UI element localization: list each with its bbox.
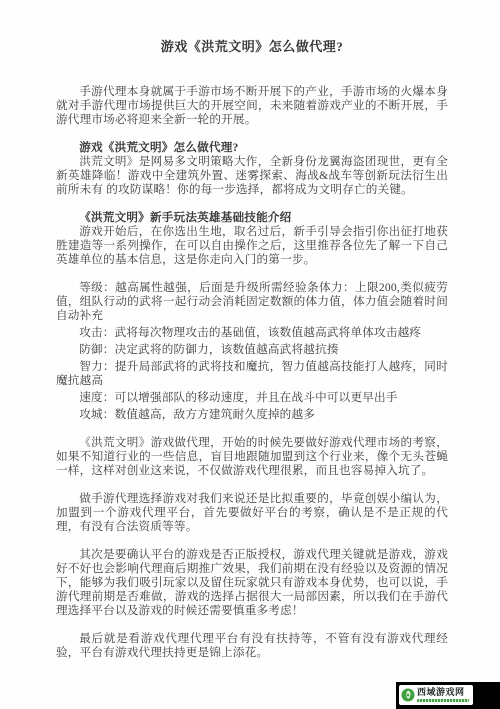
article-body: 手游代理本身就属于手游市场不断开展下的产业，手游市场的火爆本身就对手游代理市场提… <box>56 85 448 660</box>
paragraph: 智力：提升局部武将的武将技和魔抗，智力值越高技能打人越疼，同时魔抗越高 <box>56 360 448 388</box>
paragraph: 《洪荒文明》新手玩法英雄基础技能介绍 <box>56 211 448 225</box>
paragraph: 速度：可以增强部队的移动速度，并且在战斗中可以更早出手 <box>56 391 448 405</box>
page-title: 游戏《洪荒文明》怎么做代理? <box>56 36 448 55</box>
paragraph: 游戏《洪荒文明》怎么做代理? <box>56 141 448 155</box>
paragraph: 游戏开始后，在你选出生地，取名过后，新手引导会指引你出征打地获胜建造等一系列操作… <box>56 225 448 267</box>
paragraph: 其次是要确认平台的游戏是否正版授权，游戏代理关键就是游戏，游戏好不好也会影响代理… <box>56 548 448 618</box>
paragraph: 等级：越高属性越强，后面是升级所需经验条体力：上限200,类似疲劳值，组队行动的… <box>56 281 448 323</box>
watermark-tagline-strip <box>417 699 469 702</box>
paragraph: 防御：决定武将的防御力，该数值越高武将越抗揍 <box>56 343 448 357</box>
watermark: 西域游戏网 <box>396 682 500 709</box>
paragraph: 攻城：数值越高，敌方方建筑耐久度掉的越多 <box>56 408 448 422</box>
leaf-logo-icon <box>401 688 415 702</box>
document-page: 游戏《洪荒文明》怎么做代理? 手游代理本身就属于手游市场不断开展下的产业，手游市… <box>0 0 500 709</box>
watermark-texts: 西域游戏网 <box>417 688 469 702</box>
paragraph: 最后就是看游戏代理代理平台有没有扶持等，不管有没有游戏代理经验，平台有游戏代理扶… <box>56 632 448 660</box>
watermark-site-name: 西域游戏网 <box>417 688 469 697</box>
paragraph: 手游代理本身就属于手游市场不断开展下的产业，手游市场的火爆本身就对手游代理市场提… <box>56 85 448 127</box>
watermark-card: 西域游戏网 <box>399 685 473 705</box>
paragraph: 《洪荒文明》游戏做代理，开始的时候先要做好游戏代理市场的考察，如果不知道行业的一… <box>56 436 448 478</box>
paragraph: 攻击：武将每次物理攻击的基础值，该数值越高武将单体攻击越疼 <box>56 326 448 340</box>
paragraph: 做手游代理选择游戏对我们来说还是比拟重要的，毕竟创娱小编认为，加盟到一个游戏代理… <box>56 492 448 534</box>
paragraph: 洪荒文明》是网易多文明策略大作，全新身份龙翼海盗团现世，更有全新英雄降临！游戏中… <box>56 155 448 197</box>
